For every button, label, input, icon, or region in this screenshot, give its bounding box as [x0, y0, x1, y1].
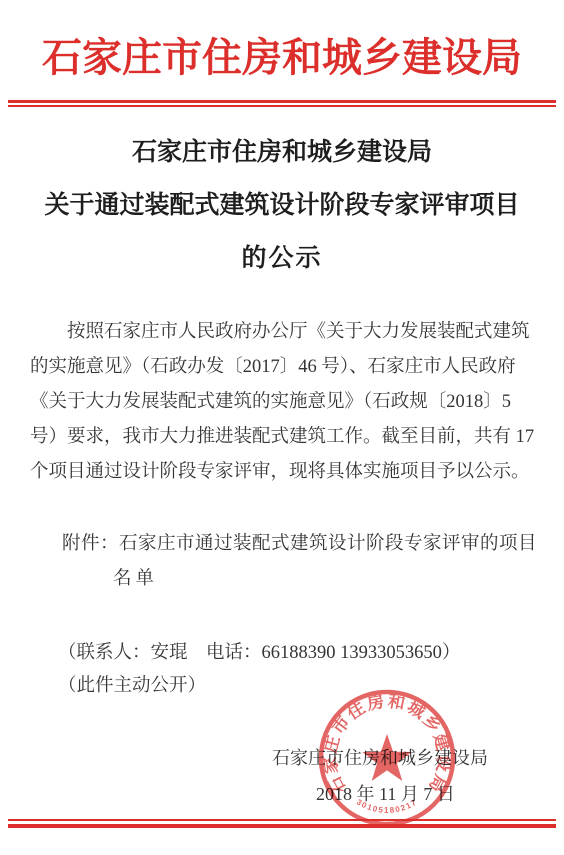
attachment-label: 附件：石家庄市通过装配式建筑设计阶段专家评审的项目: [62, 529, 537, 555]
doc-title-line-2: 关于通过装配式建筑设计阶段专家评审项目: [0, 185, 564, 221]
footer-divider-thick-line: [8, 824, 556, 828]
letterhead-divider-thin-line: [8, 105, 556, 107]
disclosure-note: （此件主动公开）: [58, 671, 206, 697]
body-paragraph-line: 号）要求，我市大力推进装配式建筑工作。截至目前，共有 17: [30, 425, 508, 449]
footer-divider-thin-line: [8, 819, 556, 821]
body-paragraph-line: 的实施意见》（石政办发〔2017〕46 号）、石家庄市人民政府: [30, 355, 508, 379]
letterhead-divider: [8, 100, 556, 107]
letterhead-divider-thick-line: [8, 100, 556, 103]
signature-agency: 石家庄市住房和城乡建设局: [272, 744, 488, 770]
letterhead-agency-title: 石家庄市住房和城乡建设局: [0, 26, 564, 83]
doc-title-line-1: 石家庄市住房和城乡建设局: [0, 132, 564, 168]
doc-title-line-3: 的公示: [0, 238, 564, 274]
body-paragraph-line: 个项目通过设计阶段专家评审，现将具体实施项目予以公示。: [30, 460, 508, 484]
body-paragraph-line: 按照石家庄市人民政府办公厅《关于大力发展装配式建筑: [30, 320, 508, 344]
attachment-label-wrap: 名单: [113, 564, 158, 590]
document-page: 石家庄市住房和城乡建设局 石家庄市住房和城乡建设局 关于通过装配式建筑设计阶段专…: [0, 0, 564, 855]
body-paragraph-line: 《关于大力发展装配式建筑的实施意见》（石政规〔2018〕5: [30, 390, 508, 414]
contact-info: （联系人：安琨 电话：66188390 13933053650）: [58, 638, 460, 664]
signature-date: 2018 年 11 月 7 日: [316, 780, 455, 806]
